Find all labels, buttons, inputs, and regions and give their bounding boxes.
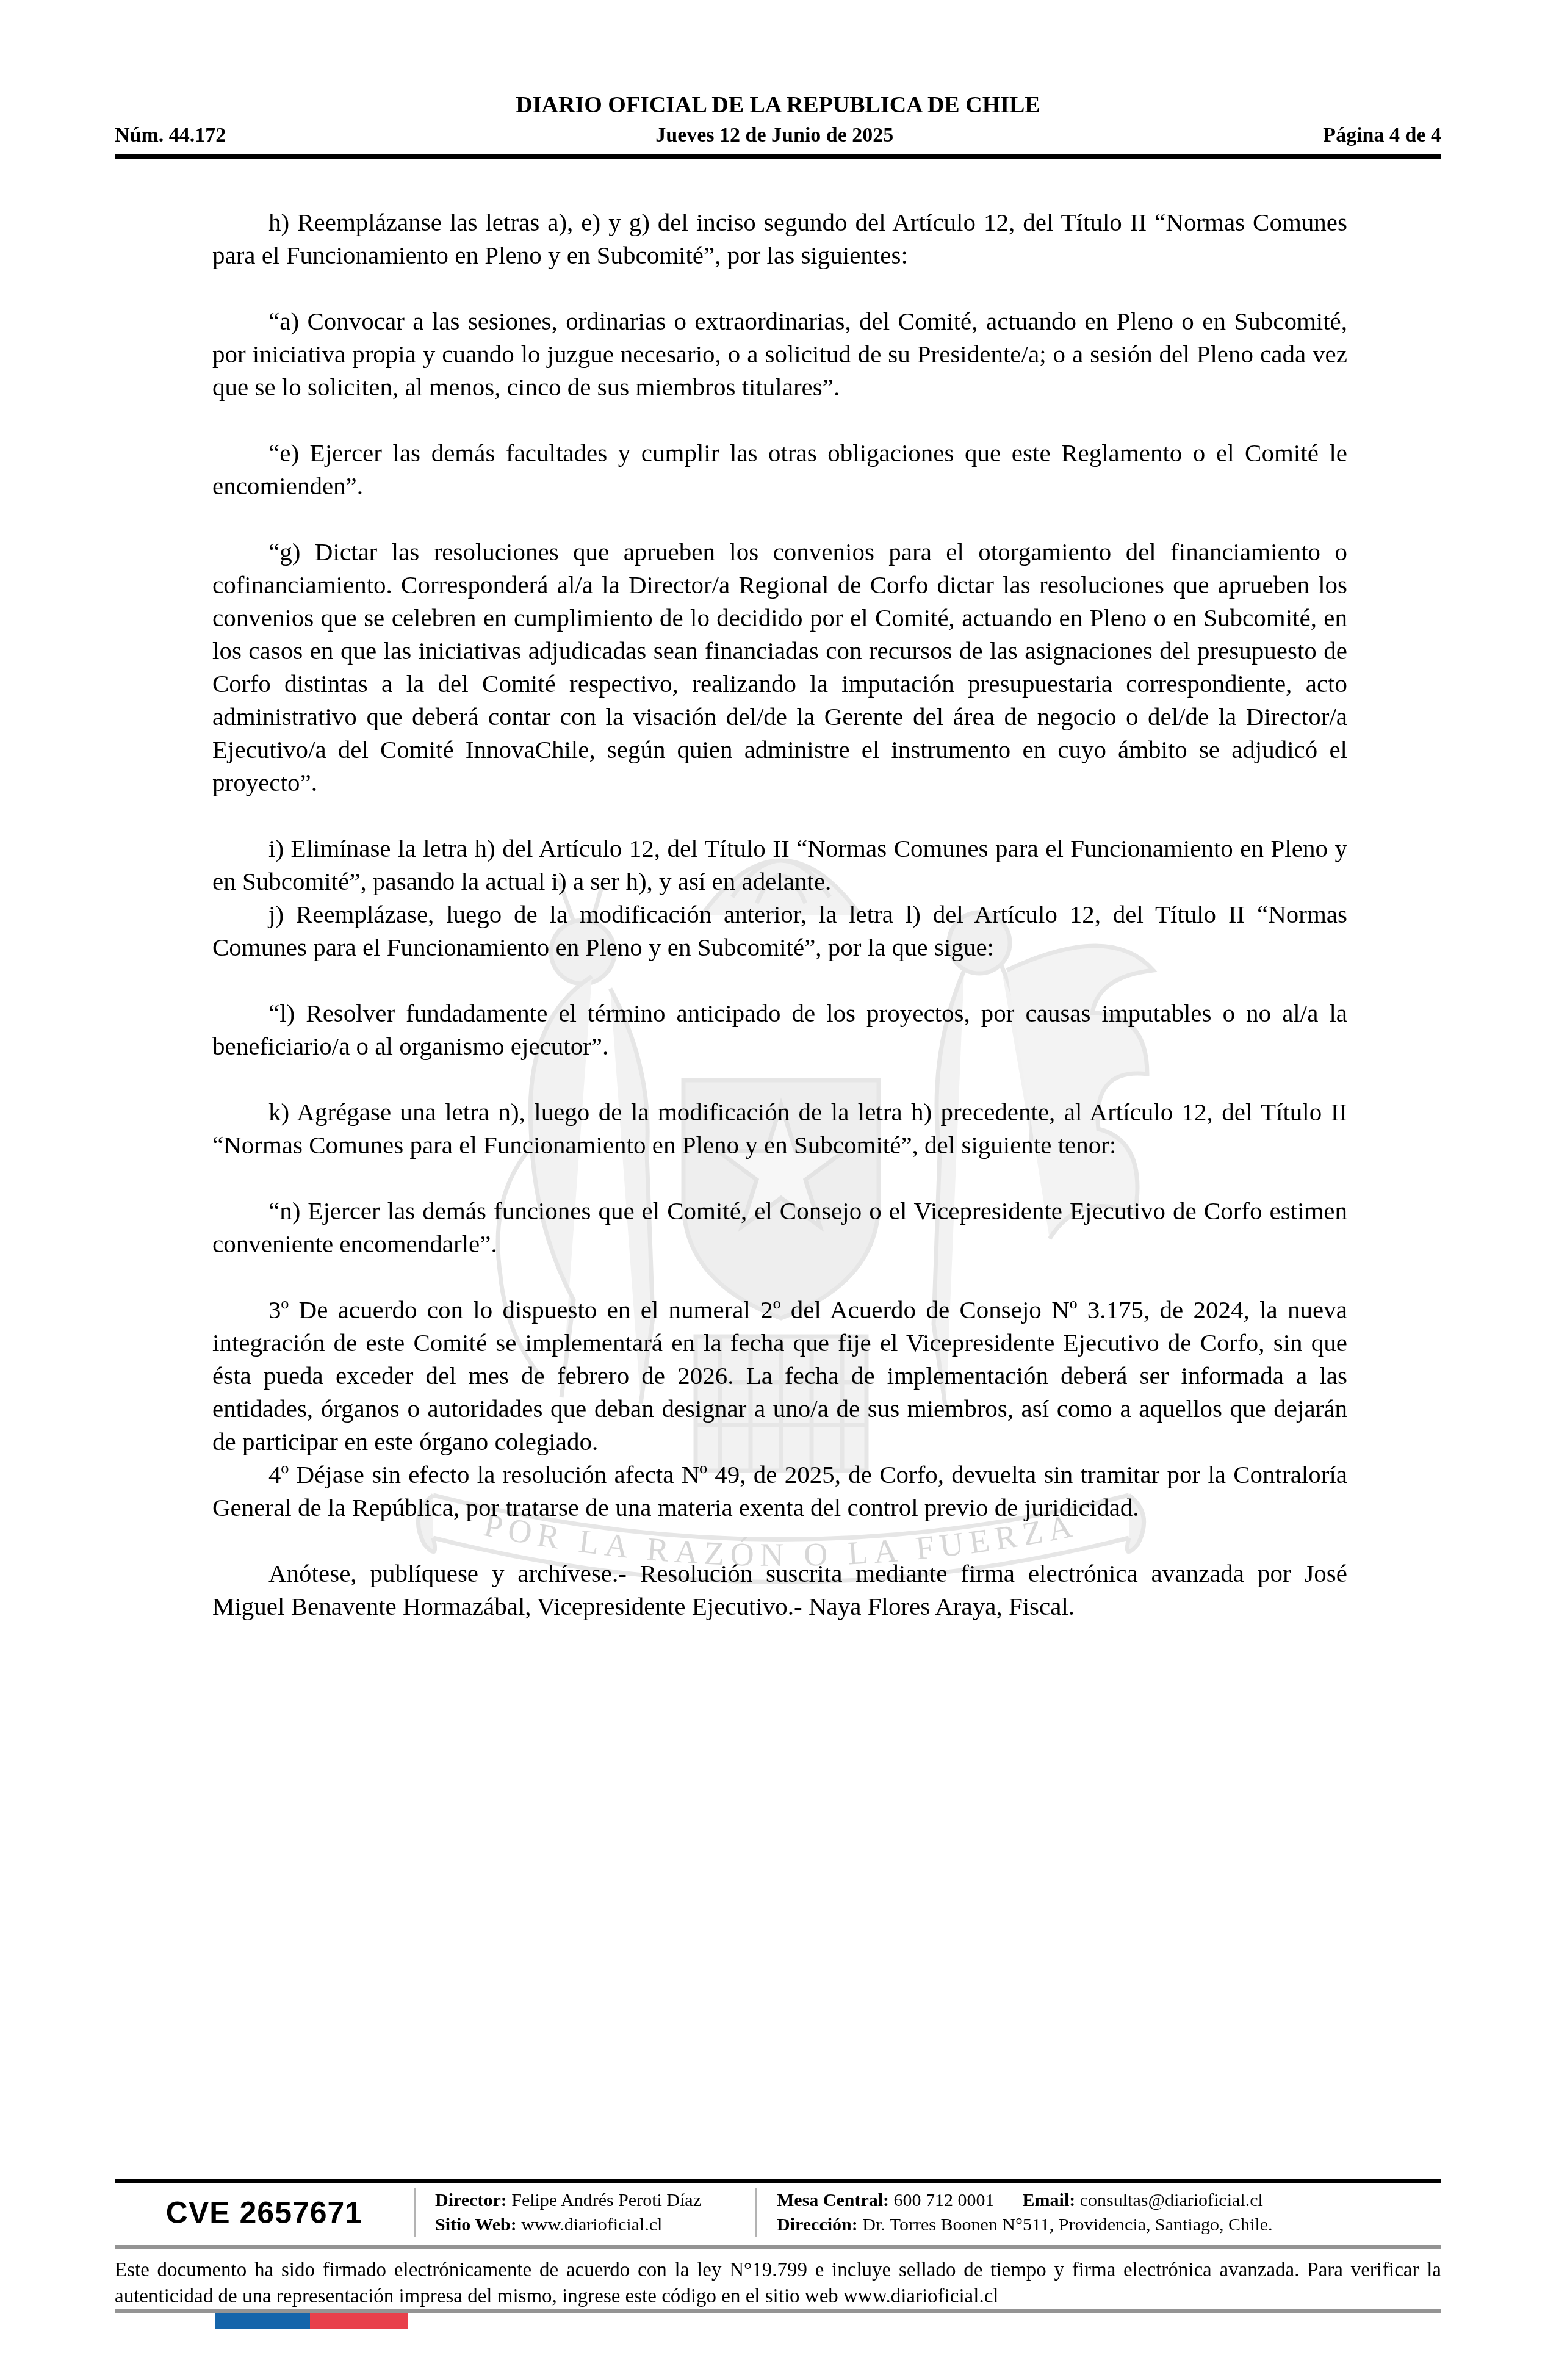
director-value: Felipe Andrés Peroti Díaz xyxy=(511,2190,701,2210)
body-paragraph: “a) Convocar a las sesiones, ordinarias … xyxy=(212,305,1347,403)
legal-disclaimer: Este documento ha sido firmado electróni… xyxy=(115,2257,1441,2310)
flag-red-block xyxy=(310,2313,408,2329)
email-label: Email: xyxy=(1023,2190,1076,2210)
flag-blue-block xyxy=(215,2313,310,2329)
director-line: Director: Felipe Andrés Peroti Díaz xyxy=(435,2188,755,2213)
body-paragraph: “g) Dictar las resoluciones que aprueben… xyxy=(212,535,1347,799)
body-paragraph: 3º De acuerdo con lo dispuesto en el num… xyxy=(212,1293,1347,1458)
director-label: Director: xyxy=(435,2190,507,2210)
body-paragraph: “n) Ejercer las demás funciones que el C… xyxy=(212,1194,1347,1260)
body-paragraph: k) Agrégase una letra n), luego de la mo… xyxy=(212,1095,1347,1161)
document-body: h) Reemplázanse las letras a), e) y g) d… xyxy=(212,206,1347,1623)
sitio-web-line: Sitio Web: www.diarioficial.cl xyxy=(435,2213,755,2237)
body-paragraph: Anótese, publíquese y archívese.- Resolu… xyxy=(212,1557,1347,1623)
mesa-central-line: Mesa Central: 600 712 0001Email: consult… xyxy=(777,2188,1441,2213)
sitio-web-value: www.diarioficial.cl xyxy=(521,2215,662,2235)
direccion-label: Dirección: xyxy=(777,2215,858,2235)
email-value: consultas@diarioficial.cl xyxy=(1080,2190,1263,2210)
footer-director-column: Director: Felipe Andrés Peroti Díaz Siti… xyxy=(414,2188,755,2237)
body-paragraph: h) Reemplázanse las letras a), e) y g) d… xyxy=(212,206,1347,272)
footer-contact-column: Mesa Central: 600 712 0001Email: consult… xyxy=(755,2188,1441,2237)
footer-info-box: CVE 2657671 Director: Felipe Andrés Pero… xyxy=(115,2188,1441,2237)
page-indicator: Página 4 de 4 xyxy=(1323,123,1441,148)
sitio-web-label: Sitio Web: xyxy=(435,2215,517,2235)
body-paragraph: “l) Resolver fundadamente el término ant… xyxy=(212,997,1347,1062)
issue-number: Núm. 44.172 xyxy=(115,123,226,148)
direccion-value: Dr. Torres Boonen N°511, Providencia, Sa… xyxy=(862,2215,1272,2235)
gazette-page: { "header": { "newspaper_title": "DIARIO… xyxy=(0,0,1556,2380)
body-paragraph: i) Elimínase la letra h) del Artículo 12… xyxy=(212,832,1347,898)
footer-rule-top xyxy=(115,2179,1441,2183)
masthead-meta-row: Núm. 44.172 Jueves 12 de Junio de 2025 P… xyxy=(115,123,1441,148)
body-paragraph: “e) Ejercer las demás facultades y cumpl… xyxy=(212,436,1347,502)
chile-flag-mark xyxy=(215,2313,408,2329)
newspaper-title: DIARIO OFICIAL DE LA REPUBLICA DE CHILE xyxy=(0,92,1556,118)
body-paragraph: 4º Déjase sin efecto la resolución afect… xyxy=(212,1458,1347,1524)
header-rule xyxy=(115,154,1441,159)
direccion-line: Dirección: Dr. Torres Boonen N°511, Prov… xyxy=(777,2213,1441,2237)
mesa-central-value: 600 712 0001 xyxy=(894,2190,995,2210)
mesa-central-label: Mesa Central: xyxy=(777,2190,889,2210)
body-paragraph: j) Reemplázase, luego de la modificación… xyxy=(212,898,1347,964)
cve-code: CVE 2657671 xyxy=(115,2188,414,2237)
footer-divider-rule xyxy=(115,2245,1441,2249)
edition-date: Jueves 12 de Junio de 2025 xyxy=(655,123,893,148)
